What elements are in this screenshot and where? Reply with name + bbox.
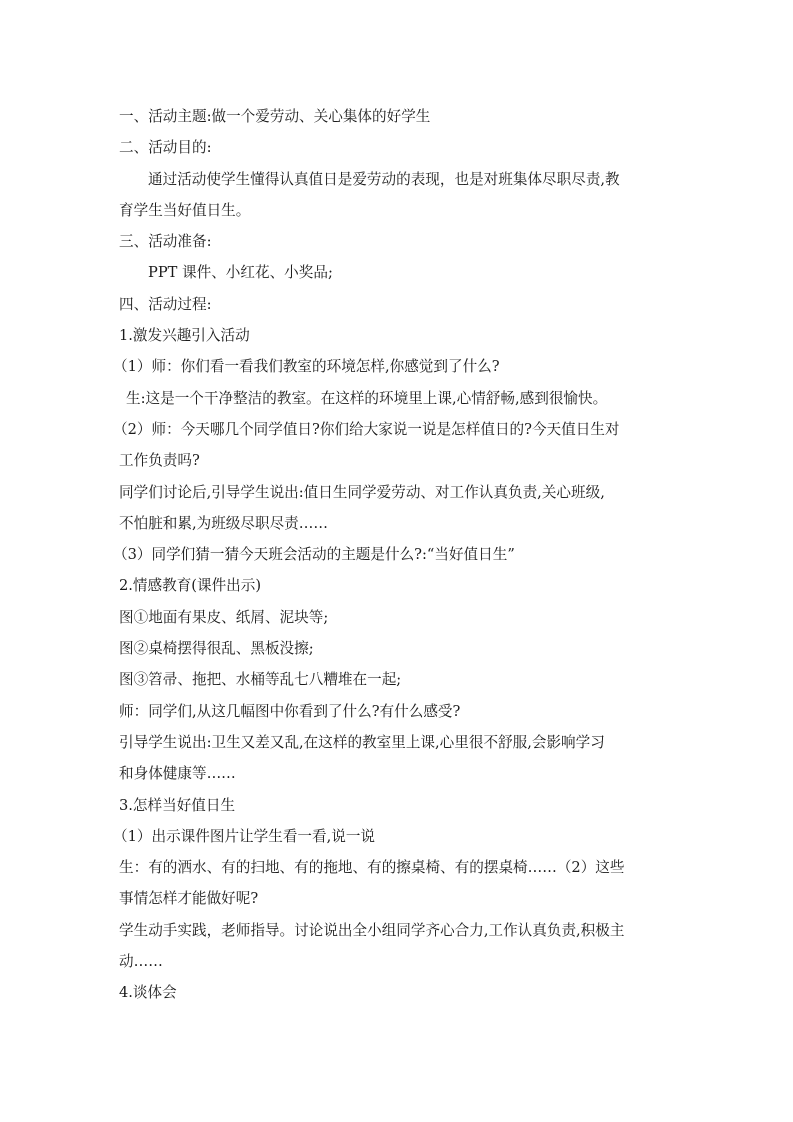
step-heading-3: 3.怎样当好值日生	[119, 790, 679, 821]
step-1-item-2-cont: 工作负责吗?	[119, 445, 679, 476]
step-3-student-answer: 生：有的洒水、有的扫地、有的拖地、有的擦桌椅、有的摆桌椅……（2）这些	[119, 852, 679, 883]
step-heading-1: 1.激发兴趣引入活动	[119, 320, 679, 351]
step-2-picture-3: 图③笤帚、拖把、水桶等乱七八糟堆在一起;	[119, 664, 679, 695]
step-3-practice: 学生动手实践，老师指导。讨论说出全小组同学齐心合力,工作认真负责,积极主	[119, 915, 679, 946]
step-1-discussion: 同学们讨论后,引导学生说出:值日生同学爱劳动、对工作认真负责,关心班级,	[119, 477, 679, 508]
step-heading-4: 4.谈体会	[119, 977, 679, 1008]
paragraph-goal: 通过活动使学生懂得认真值日是爱劳动的表现，也是对班集体尽职尽责,教	[119, 164, 679, 195]
step-2-picture-1: 图①地面有果皮、纸屑、泥块等;	[119, 602, 679, 633]
paragraph-goal-cont: 育学生当好值日生。	[119, 195, 679, 226]
step-heading-2: 2.情感教育(课件出示)	[119, 570, 679, 601]
step-3-student-answer-cont: 事情怎样才能做好呢?	[119, 883, 679, 914]
step-3-item-1: （1）出示课件图片让学生看一看,说一说	[113, 821, 679, 852]
paragraph-preparation: PPT 课件、小红花、小奖品;	[119, 257, 679, 288]
section-heading-process: 四、活动过程:	[119, 289, 679, 320]
step-2-guidance: 引导学生说出:卫生又差又乱,在这样的教室里上课,心里很不舒服,会影响学习	[119, 727, 679, 758]
step-3-practice-cont: 动……	[119, 946, 679, 977]
section-heading-goal: 二、活动目的:	[119, 132, 679, 163]
step-2-guidance-cont: 和身体健康等……	[119, 758, 679, 789]
step-1-item-3: （3）同学们猜一猜今天班会活动的主题是什么?:“当好值日生”	[113, 539, 679, 570]
step-1-discussion-cont: 不怕脏和累,为班级尽职尽责……	[119, 508, 679, 539]
step-1-student-answer: 生:这是一个干净整洁的教室。在这样的环境里上课,心情舒畅,感到很愉快。	[119, 383, 679, 414]
section-heading-theme: 一、活动主题:做一个爱劳动、关心集体的好学生	[119, 101, 679, 132]
step-1-item-1: （1）师：你们看一看我们教室的环境怎样,你感觉到了什么?	[113, 351, 679, 382]
step-1-item-2: （2）师：今天哪几个同学值日?你们给大家说一说是怎样值日的?今天值日生对	[113, 414, 679, 445]
document-page: 一、活动主题:做一个爱劳动、关心集体的好学生 二、活动目的: 通过活动使学生懂得…	[119, 101, 679, 1009]
step-2-picture-2: 图②桌椅摆得很乱、黑板没擦;	[119, 633, 679, 664]
step-2-teacher-question: 师：同学们,从这几幅图中你看到了什么?有什么感受?	[119, 696, 679, 727]
section-heading-preparation: 三、活动准备:	[119, 226, 679, 257]
